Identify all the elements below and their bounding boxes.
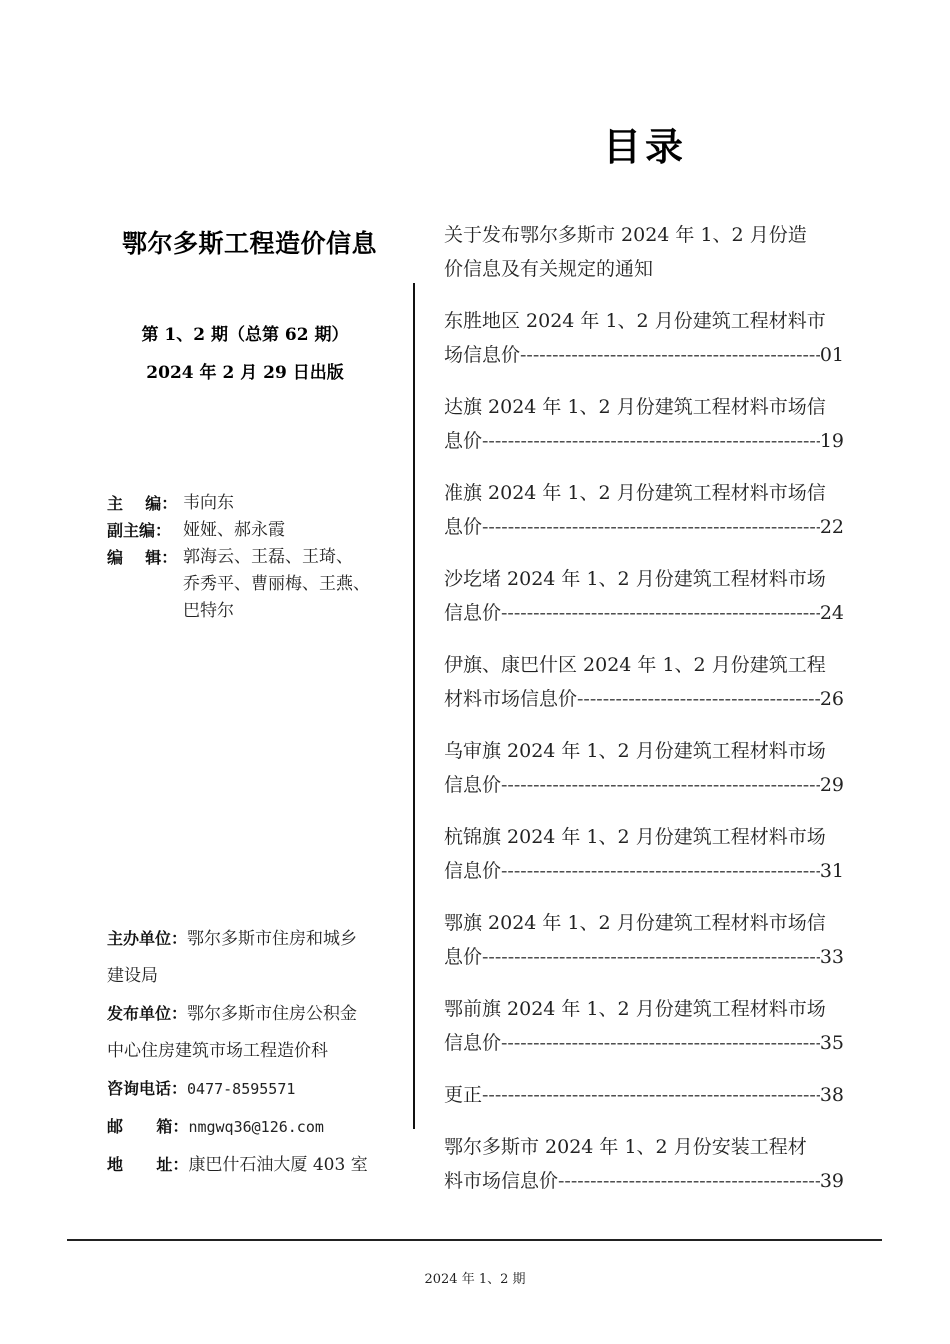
toc-entry-title: 东胜地区 2024 年 1、2 月份建筑工程材料市 [444,304,826,338]
toc-leader: ----------------------------------------… [577,682,820,716]
address-value: 康巴什石油大厦 403 室 [188,1155,367,1175]
toc-leader: ----------------------------------------… [501,768,820,802]
toc-entry-title-cont: 信息价 [444,596,501,630]
toc-entry-title: 沙圪堵 2024 年 1、2 月份建筑工程材料市场 [444,562,826,596]
toc-entry[interactable]: 沙圪堵 2024 年 1、2 月份建筑工程材料市场 信息价-----------… [444,562,844,630]
toc-page-number: 01 [820,338,844,372]
toc-entry-title-cont: 信息价 [444,768,501,802]
email-row: 邮 箱：nmgwq36@126.com [107,1108,407,1146]
toc-leader: ----------------------------------------… [501,596,820,630]
publisher-row: 发布单位：鄂尔多斯市住房公积金 [107,995,407,1033]
toc-entry-title: 杭锦旗 2024 年 1、2 月份建筑工程材料市场 [444,820,826,854]
toc-entry-title: 鄂尔多斯市 2024 年 1、2 月份安装工程材 [444,1130,807,1164]
toc-entry-title-cont: 信息价 [444,1026,501,1060]
email-value: nmgwq36@126.com [188,1118,323,1136]
toc-entry[interactable]: 鄂尔多斯市 2024 年 1、2 月份安装工程材 料市场信息价---------… [444,1130,844,1198]
toc-leader: ----------------------------------------… [501,854,820,888]
toc-leader: ----------------------------------------… [482,424,820,458]
sponsor-row: 主办单位：鄂尔多斯市住房和城乡 [107,920,407,958]
editors-row: 编 辑： 郭海云、王磊、王琦、 乔秀平、曹丽梅、王燕、 巴特尔 [107,544,403,625]
email-label: 邮 箱： [107,1117,188,1136]
toc-page-number: 31 [820,854,844,888]
toc-page-number: 26 [820,682,844,716]
toc-entry-title: 伊旗、康巴什区 2024 年 1、2 月份建筑工程 [444,648,826,682]
toc-entry-title: 鄂前旗 2024 年 1、2 月份建筑工程材料市场 [444,992,826,1026]
toc-leader: ----------------------------------------… [520,338,820,372]
toc-entry-title: 关于发布鄂尔多斯市 2024 年 1、2 月份造 [444,218,807,252]
toc-leader: ----------------------------------------… [558,1164,820,1198]
issue-number: 第 1、2 期（总第 62 期） [100,320,390,345]
footer-rule [67,1239,882,1241]
toc-entry-title: 达旗 2024 年 1、2 月份建筑工程材料市场信 [444,390,826,424]
sponsor-value-cont: 建设局 [107,958,407,995]
toc-page-number: 38 [820,1078,844,1112]
toc-entry-title: 乌审旗 2024 年 1、2 月份建筑工程材料市场 [444,734,826,768]
phone-value: 0477-8595571 [187,1080,295,1098]
toc-page-number: 35 [820,1026,844,1060]
editors-line: 乔秀平、曹丽梅、王燕、 [183,571,403,598]
toc-entry[interactable]: 杭锦旗 2024 年 1、2 月份建筑工程材料市场 信息价-----------… [444,820,844,888]
toc-entry-title-cont: 场信息价 [444,338,520,372]
editors-line: 郭海云、王磊、王琦、 [183,544,403,571]
toc-leader: ----------------------------------------… [482,1078,820,1112]
staff-list: 主 编： 韦向东 副主编： 娅娅、郝永霞 编 辑： 郭海云、王磊、王琦、 乔秀平… [107,490,403,625]
editors-line: 巴特尔 [183,598,403,625]
deputy-editor-label: 副主编： [107,517,183,544]
publication-date: 2024 年 2 月 29 日出版 [100,358,390,383]
toc-entry-notice[interactable]: 关于发布鄂尔多斯市 2024 年 1、2 月份造 价信息及有关规定的通知 [444,218,844,286]
toc-page-number: 22 [820,510,844,544]
editors-label: 编 辑： [107,544,183,625]
editors-value: 郭海云、王磊、王琦、 乔秀平、曹丽梅、王燕、 巴特尔 [183,544,403,625]
address-row: 地 址：康巴什石油大厦 403 室 [107,1146,407,1184]
toc-entry[interactable]: 准旗 2024 年 1、2 月份建筑工程材料市场信 息价------------… [444,476,844,544]
chief-editor-row: 主 编： 韦向东 [107,490,403,517]
deputy-editor-value: 娅娅、郝永霞 [183,517,403,544]
toc-entry-correction[interactable]: 更正--------------------------------------… [444,1078,844,1112]
toc-entry-title: 准旗 2024 年 1、2 月份建筑工程材料市场信 [444,476,826,510]
toc-entry[interactable]: 乌审旗 2024 年 1、2 月份建筑工程材料市场 信息价-----------… [444,734,844,802]
toc-entry-title: 鄂旗 2024 年 1、2 月份建筑工程材料市场信 [444,906,826,940]
publisher-value-cont: 中心住房建筑市场工程造价科 [107,1033,407,1070]
toc-page-number: 39 [820,1164,844,1198]
toc-leader: ----------------------------------------… [482,940,820,974]
publication-name: 鄂尔多斯工程造价信息 [122,224,377,260]
toc-page-number: 29 [820,768,844,802]
contact-info: 主办单位：鄂尔多斯市住房和城乡 建设局 发布单位：鄂尔多斯市住房公积金 中心住房… [107,920,407,1184]
column-divider [413,283,415,1129]
publisher-label: 发布单位： [107,1004,187,1023]
toc-entry[interactable]: 鄂旗 2024 年 1、2 月份建筑工程材料市场信 息价------------… [444,906,844,974]
address-label: 地 址： [107,1155,188,1174]
sponsor-value: 鄂尔多斯市住房和城乡 [187,929,357,949]
phone-label: 咨询电话： [107,1079,187,1098]
toc-entry[interactable]: 伊旗、康巴什区 2024 年 1、2 月份建筑工程 材料市场信息价-------… [444,648,844,716]
toc-entry-title-cont: 息价 [444,940,482,974]
toc-entry-title-cont: 信息价 [444,854,501,888]
chief-editor-value: 韦向东 [183,490,403,517]
toc-entry-title-cont: 价信息及有关规定的通知 [444,252,653,286]
publisher-value: 鄂尔多斯市住房公积金 [187,1004,357,1024]
toc-leader: ----------------------------------------… [482,510,820,544]
toc-entry-title-cont: 息价 [444,424,482,458]
deputy-editor-row: 副主编： 娅娅、郝永霞 [107,517,403,544]
toc-leader: ----------------------------------------… [501,1026,820,1060]
chief-editor-label: 主 编： [107,490,183,517]
phone-row: 咨询电话：0477-8595571 [107,1070,407,1108]
toc-entry-title-cont: 息价 [444,510,482,544]
page-footer: 2024 年 1、2 期 [0,1268,950,1287]
toc-entry[interactable]: 鄂前旗 2024 年 1、2 月份建筑工程材料市场 信息价-----------… [444,992,844,1060]
toc-entry[interactable]: 东胜地区 2024 年 1、2 月份建筑工程材料市 场信息价----------… [444,304,844,372]
toc-entry-title-cont: 料市场信息价 [444,1164,558,1198]
toc-entry-title-cont: 材料市场信息价 [444,682,577,716]
toc-page-number: 33 [820,940,844,974]
toc-page-number: 24 [820,596,844,630]
toc-page-number: 19 [820,424,844,458]
toc-entry[interactable]: 达旗 2024 年 1、2 月份建筑工程材料市场信 息价------------… [444,390,844,458]
sponsor-label: 主办单位： [107,929,187,948]
toc-heading: 目录 [0,116,950,171]
toc-entry-title: 更正 [444,1078,482,1112]
